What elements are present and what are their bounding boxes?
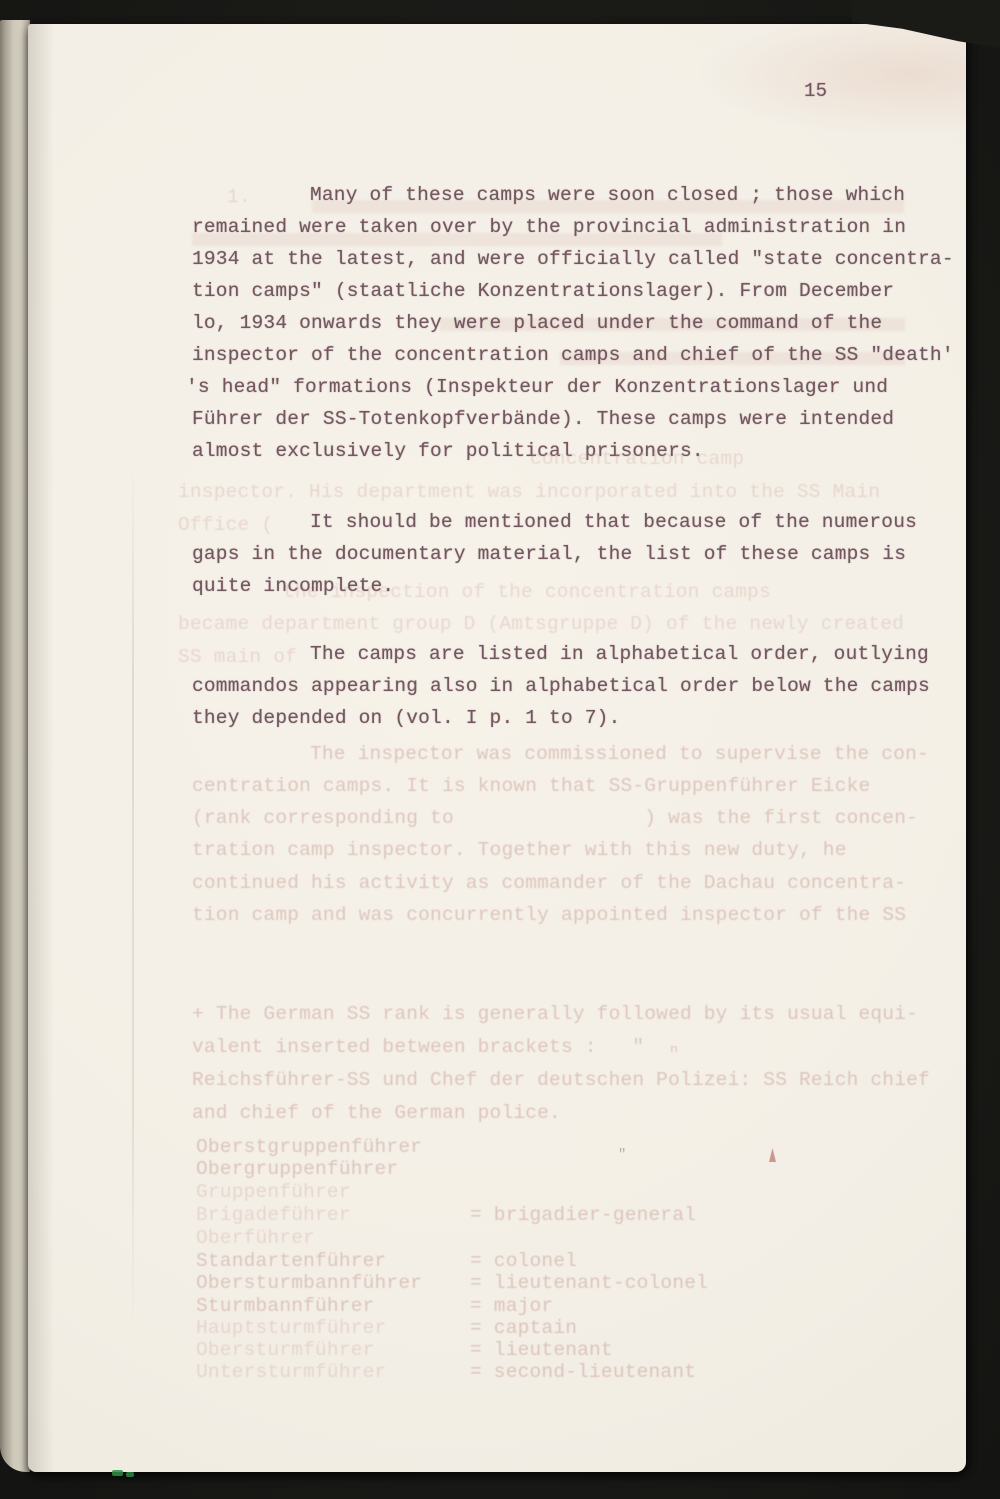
- bleedthrough-rank-german: Obergruppenführer: [196, 1160, 398, 1180]
- bleedthrough-rank-english: = lieutenant: [470, 1341, 613, 1361]
- bleedthrough-footnote-line: + The German SS rank is generally follow…: [192, 1005, 918, 1025]
- bleedthrough-rank-english: = lieutenant-colonel: [470, 1274, 708, 1294]
- paragraph1-line: remained were taken over by the provinci…: [192, 218, 906, 238]
- bleedthrough-paragraph-line: tration camp inspector. Together with th…: [192, 841, 847, 861]
- bleedthrough-fragment: became department group D (Amtsgruppe D)…: [178, 615, 904, 635]
- paragraph2-line: quite incomplete.: [192, 577, 394, 597]
- paragraph3-line: The camps are listed in alphabetical ord…: [310, 645, 929, 665]
- bleedthrough-fragment: Office (: [178, 516, 273, 536]
- underlying-page-edge: [0, 20, 30, 1472]
- bleedthrough-rank-german: Obersturmführer: [196, 1341, 375, 1361]
- bleedthrough-rank-english: = second-lieutenant: [470, 1363, 696, 1383]
- bleedthrough-rank-german: Gruppenführer: [196, 1183, 351, 1203]
- bleedthrough-rank-english: = major: [470, 1297, 553, 1317]
- bleedthrough-paragraph-line: centration camps. It is known that SS-Gr…: [192, 777, 870, 797]
- paper-crease: [132, 454, 134, 1334]
- paragraph1-line: inspector of the concentration camps and…: [192, 346, 954, 366]
- scanned-document-page: 15 Many of these camps were soon closed …: [0, 0, 1000, 1499]
- paragraph2-line: gaps in the documentary material, the li…: [192, 545, 906, 565]
- bleedthrough-rank-english: = brigadier-general: [470, 1206, 696, 1226]
- paragraph1-line: Führer der SS-Totenkopfverbände). These …: [192, 410, 894, 430]
- green-speck: [126, 1472, 134, 1477]
- paragraph1-line: tion camps" (staatliche Konzentrationsla…: [192, 282, 894, 302]
- bleedthrough-rank-german: Obersturmbannführer: [196, 1274, 422, 1294]
- bleedthrough-rank-german: Sturmbannführer: [196, 1297, 375, 1317]
- bleedthrough-footnote-line: and chief of the German police.: [192, 1104, 561, 1124]
- paragraph1-line: 1934 at the latest, and were officially …: [192, 250, 954, 270]
- bleedthrough-fragment: inspector. His department was incorporat…: [178, 483, 880, 503]
- bleedthrough-footnote-line: Reichsführer-SS und Chef der deutschen P…: [192, 1071, 930, 1091]
- bleedthrough-rank-german: Oberführer: [196, 1229, 315, 1249]
- bleedthrough-paragraph-line: tion camp and was concurrently appointed…: [192, 906, 906, 926]
- page-number: 15: [804, 82, 827, 101]
- bleedthrough-rank-english: = captain: [470, 1319, 577, 1339]
- paragraph2-line: It should be mentioned that because of t…: [310, 513, 917, 533]
- bleedthrough-rank-german: Oberstgruppenführer: [196, 1138, 422, 1158]
- bleedthrough-fragment: concentration camp: [530, 450, 744, 470]
- bleedthrough-rank-english: = colonel: [470, 1252, 577, 1272]
- paragraph3-line: they depended on (vol. I p. 1 to 7).: [192, 709, 620, 729]
- paragraph1-line: Many of these camps were soon closed ; t…: [310, 186, 905, 206]
- bleedthrough-paragraph-line: (rank corresponding to ) was the first c…: [192, 809, 918, 829]
- bleedthrough-paragraph-line: The inspector was commissioned to superv…: [310, 745, 929, 765]
- bleedthrough-fragment: 1.: [227, 188, 251, 208]
- quote-mark-speck: ″: [618, 1148, 627, 1162]
- bleedthrough-rank-german: Brigadeführer: [196, 1206, 351, 1226]
- paragraph1-line: 's head" formations (Inspekteur der Konz…: [186, 378, 888, 398]
- bleedthrough-footnote-line: valent inserted between brackets : " ₙ: [192, 1038, 680, 1058]
- paragraph3-line: commandos appearing also in alphabetical…: [192, 677, 930, 697]
- bleedthrough-rank-german: Standartenführer: [196, 1252, 386, 1272]
- bleedthrough-fragment: SS main of: [178, 648, 297, 668]
- bleedthrough-rank-german: Hauptsturmführer: [196, 1319, 386, 1339]
- paragraph1-line: lo, 1934 onwards they were placed under …: [192, 314, 882, 334]
- bleedthrough-paragraph-line: continued his activity as commander of t…: [192, 874, 906, 894]
- bleedthrough-rank-german: Untersturmführer: [196, 1363, 386, 1383]
- green-speck: [112, 1470, 123, 1476]
